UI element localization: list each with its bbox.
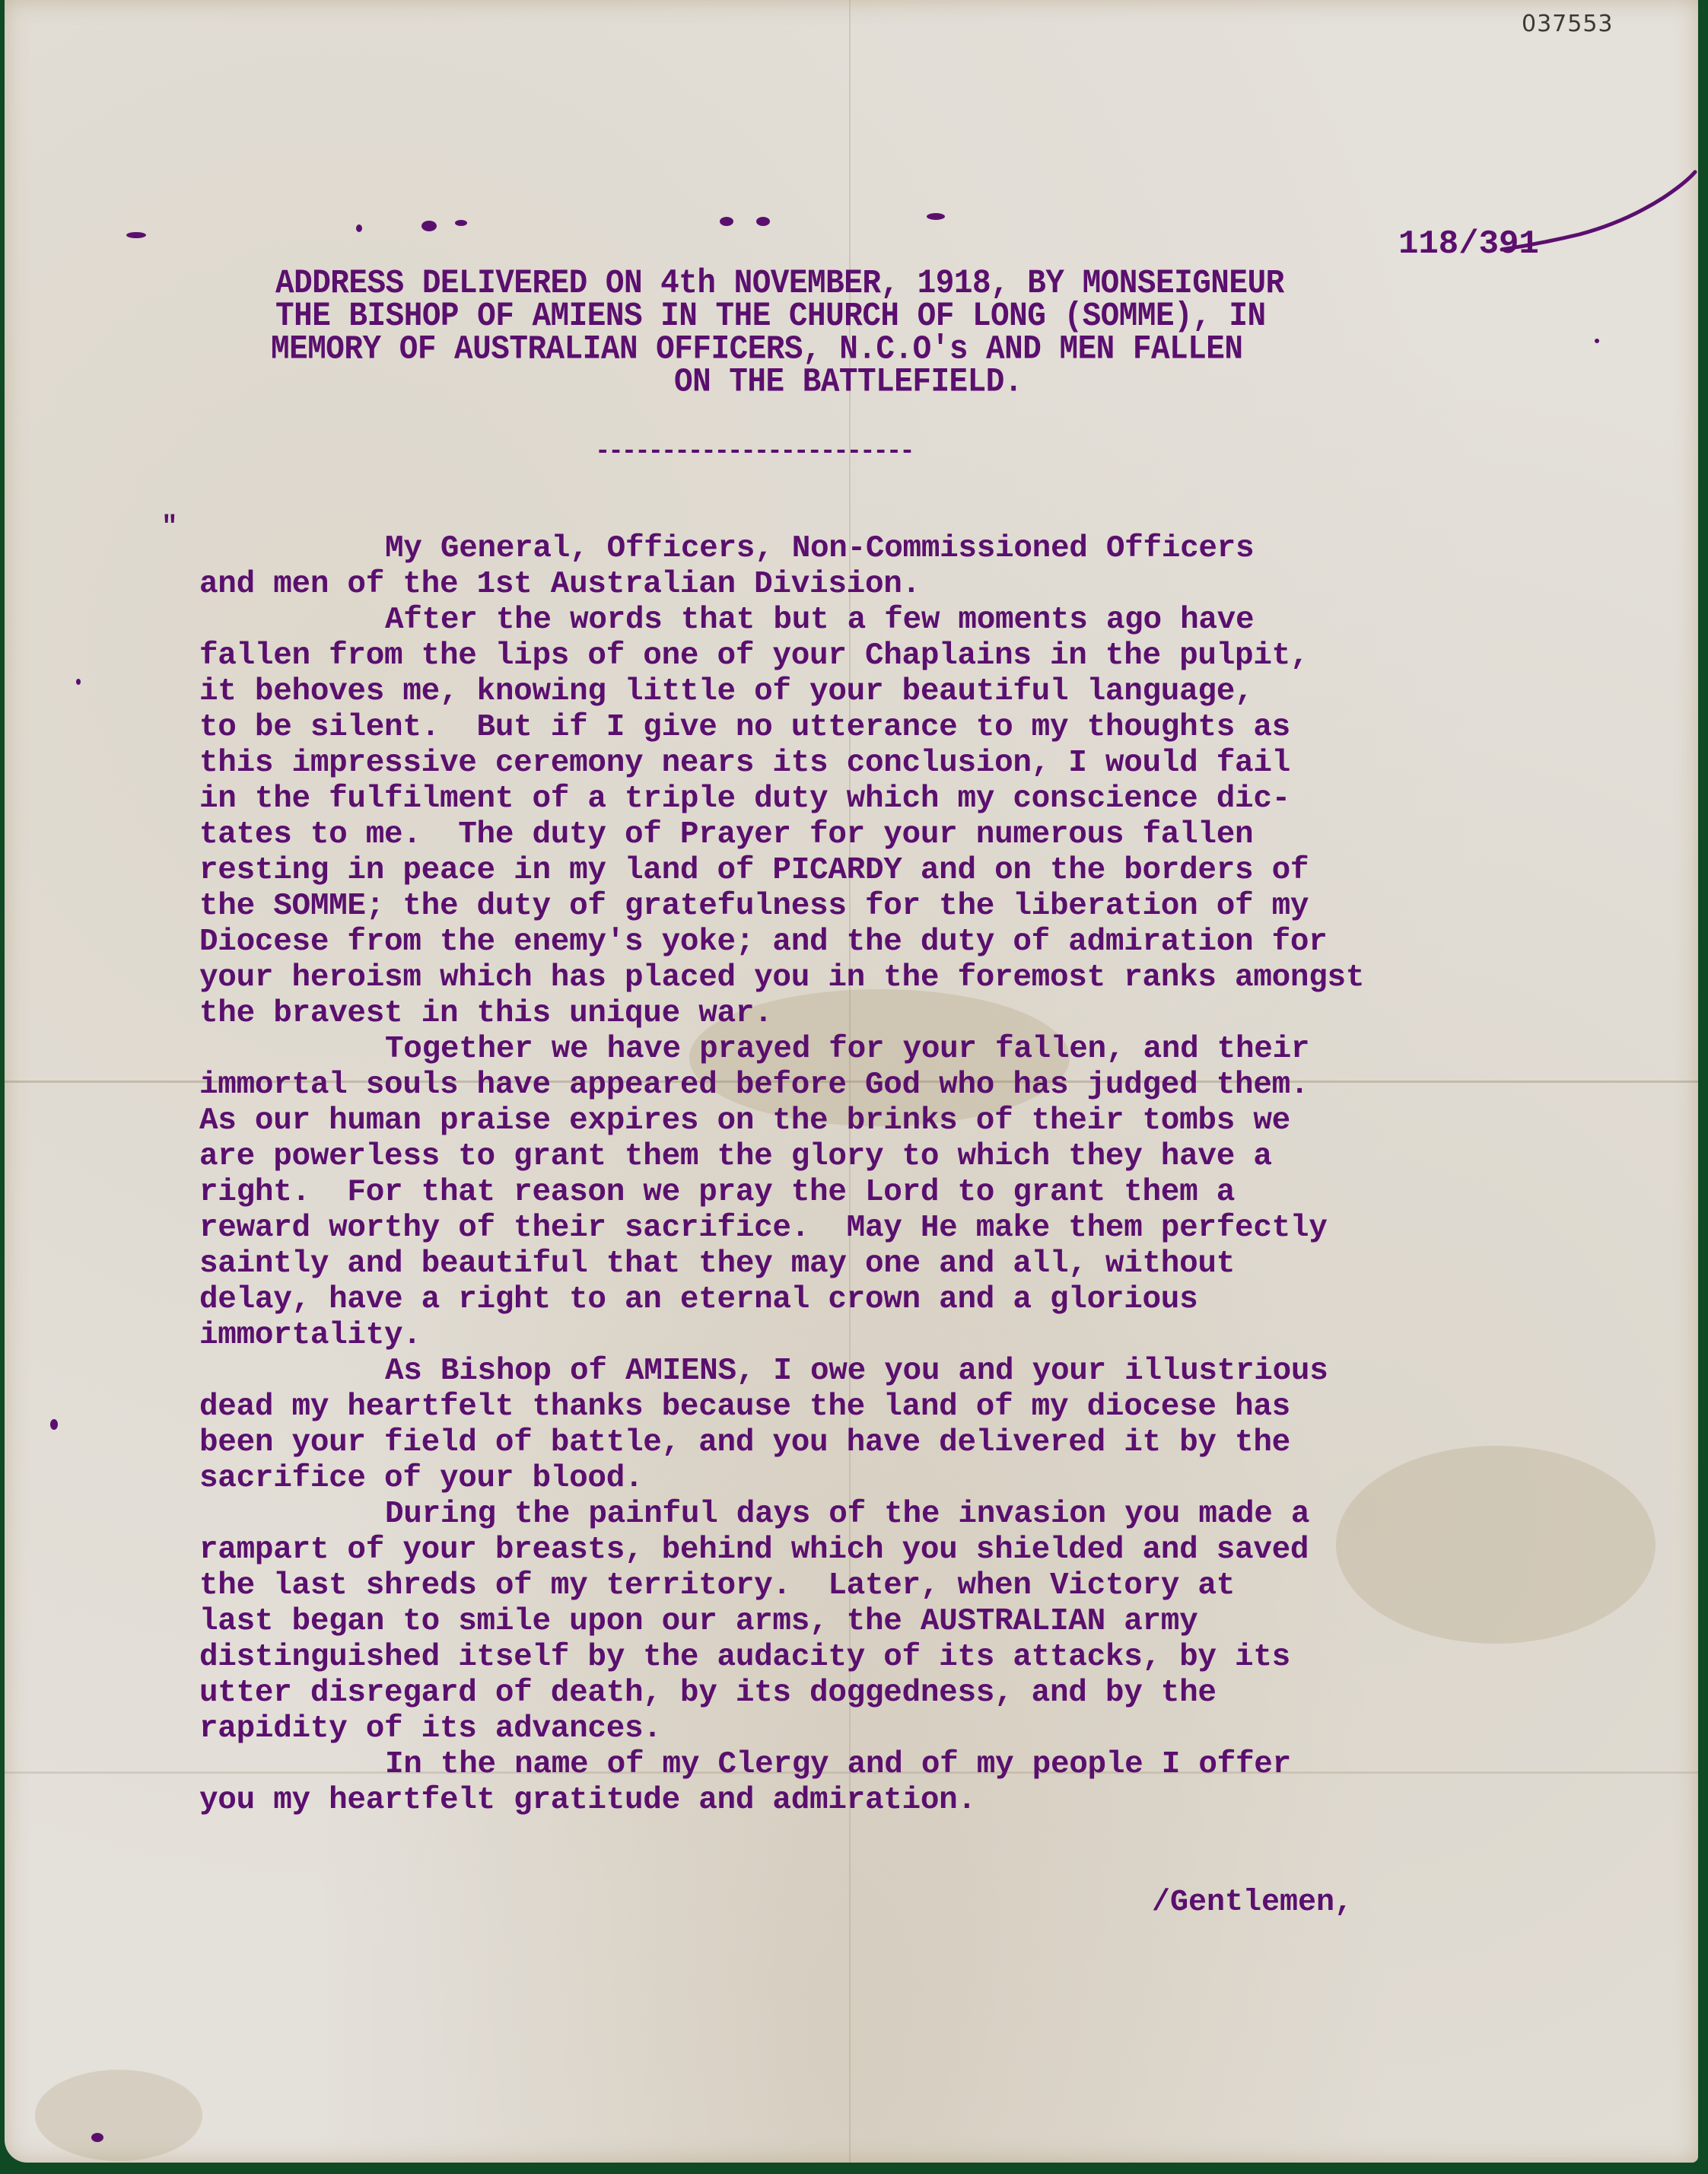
paragraph-first-line: During the painful days of the invasion … <box>199 1497 1645 1533</box>
heading-line: ON THE BATTLEFIELD. <box>263 366 1557 399</box>
body-line: dead my heartfelt thanks because the lan… <box>199 1389 1645 1425</box>
ink-mark <box>421 221 437 231</box>
body-line: been your field of battle, and you have … <box>199 1425 1645 1461</box>
body-line: resting in peace in my land of PICARDY a… <box>199 853 1645 889</box>
ink-mark <box>1595 339 1599 343</box>
archive-number: 037553 <box>1522 11 1614 37</box>
body-line: the bravest in this unique war. <box>199 996 1645 1032</box>
paragraph-first-line: My General, Officers, Non-Commissioned O… <box>199 531 1645 567</box>
body-line: As our human praise expires on the brink… <box>199 1103 1645 1139</box>
body-line: rampart of your breasts, behind which yo… <box>199 1533 1645 1568</box>
body-line: this impressive ceremony nears its concl… <box>199 746 1645 781</box>
ink-mark <box>91 2133 103 2142</box>
body-line: immortal souls have appeared before God … <box>199 1068 1645 1103</box>
body-line: reward worthy of their sacrifice. May He… <box>199 1211 1645 1246</box>
ink-mark <box>455 220 467 226</box>
ink-mark <box>756 217 770 226</box>
body-line: and men of the 1st Australian Division. <box>199 567 1645 603</box>
handwritten-swash-icon <box>1496 167 1708 259</box>
paragraph-first-line: Together we have prayed for your fallen,… <box>199 1032 1645 1068</box>
ink-mark <box>356 224 362 232</box>
body-line: the SOMME; the duty of gratefulness for … <box>199 889 1645 925</box>
paragraph-first-line: As Bishop of AMIENS, I owe you and your … <box>199 1354 1645 1389</box>
heading-line: MEMORY OF AUSTRALIAN OFFICERS, N.C.O's A… <box>263 333 1557 366</box>
body-line: immortality. <box>199 1318 1645 1354</box>
body-line: Diocese from the enemy's yoke; and the d… <box>199 925 1645 960</box>
body-line: delay, have a right to an eternal crown … <box>199 1282 1645 1318</box>
document-heading: ADDRESS DELIVERED ON 4th NOVEMBER, 1918,… <box>263 268 1557 399</box>
body-line: fallen from the lips of one of your Chap… <box>199 638 1645 674</box>
body-line: last began to smile upon our arms, the A… <box>199 1604 1645 1640</box>
paragraph-first-line: In the name of my Clergy and of my peopl… <box>199 1747 1645 1783</box>
ink-mark <box>76 679 81 685</box>
heading-line: ADDRESS DELIVERED ON 4th NOVEMBER, 1918,… <box>263 268 1557 301</box>
ink-mark <box>720 217 733 226</box>
heading-line: THE BISHOP OF AMIENS IN THE CHURCH OF LO… <box>263 301 1557 333</box>
body-line: tates to me. The duty of Prayer for your… <box>199 817 1645 853</box>
paragraph-first-line: After the words that but a few moments a… <box>199 603 1645 638</box>
ink-mark <box>126 232 146 238</box>
body-line: right. For that reason we pray the Lord … <box>199 1175 1645 1211</box>
body-line: rapidity of its advances. <box>199 1711 1645 1747</box>
body-line: in the fulfilment of a triple duty which… <box>199 781 1645 817</box>
document-page: 037553 118/391 ADDRESS DELIVERED ON 4th … <box>5 0 1698 2163</box>
opening-quote-mark: " <box>161 511 178 543</box>
body-line: you my heartfelt gratitude and admiratio… <box>199 1783 1645 1819</box>
body-line: saintly and beautiful that they may one … <box>199 1246 1645 1282</box>
body-line: distinguished itself by the audacity of … <box>199 1640 1645 1676</box>
body-line: your heroism which has placed you in the… <box>199 960 1645 996</box>
body-line: sacrifice of your blood. <box>199 1461 1645 1497</box>
ink-mark <box>927 213 945 220</box>
continuation-text: /Gentlemen, <box>1152 1886 1353 1920</box>
body-line: it behoves me, knowing little of your be… <box>199 674 1645 710</box>
ink-mark <box>50 1419 58 1430</box>
body-line: are powerless to grant them the glory to… <box>199 1139 1645 1175</box>
paper-stain <box>35 2070 202 2161</box>
body-line: to be silent. But if I give no utterance… <box>199 710 1645 746</box>
body-line: the last shreds of my territory. Later, … <box>199 1568 1645 1604</box>
address-body-text: My General, Officers, Non-Commissioned O… <box>199 531 1645 1819</box>
body-line: utter disregard of death, by its doggedn… <box>199 1676 1645 1711</box>
heading-underline: ------------------------ <box>595 438 913 466</box>
